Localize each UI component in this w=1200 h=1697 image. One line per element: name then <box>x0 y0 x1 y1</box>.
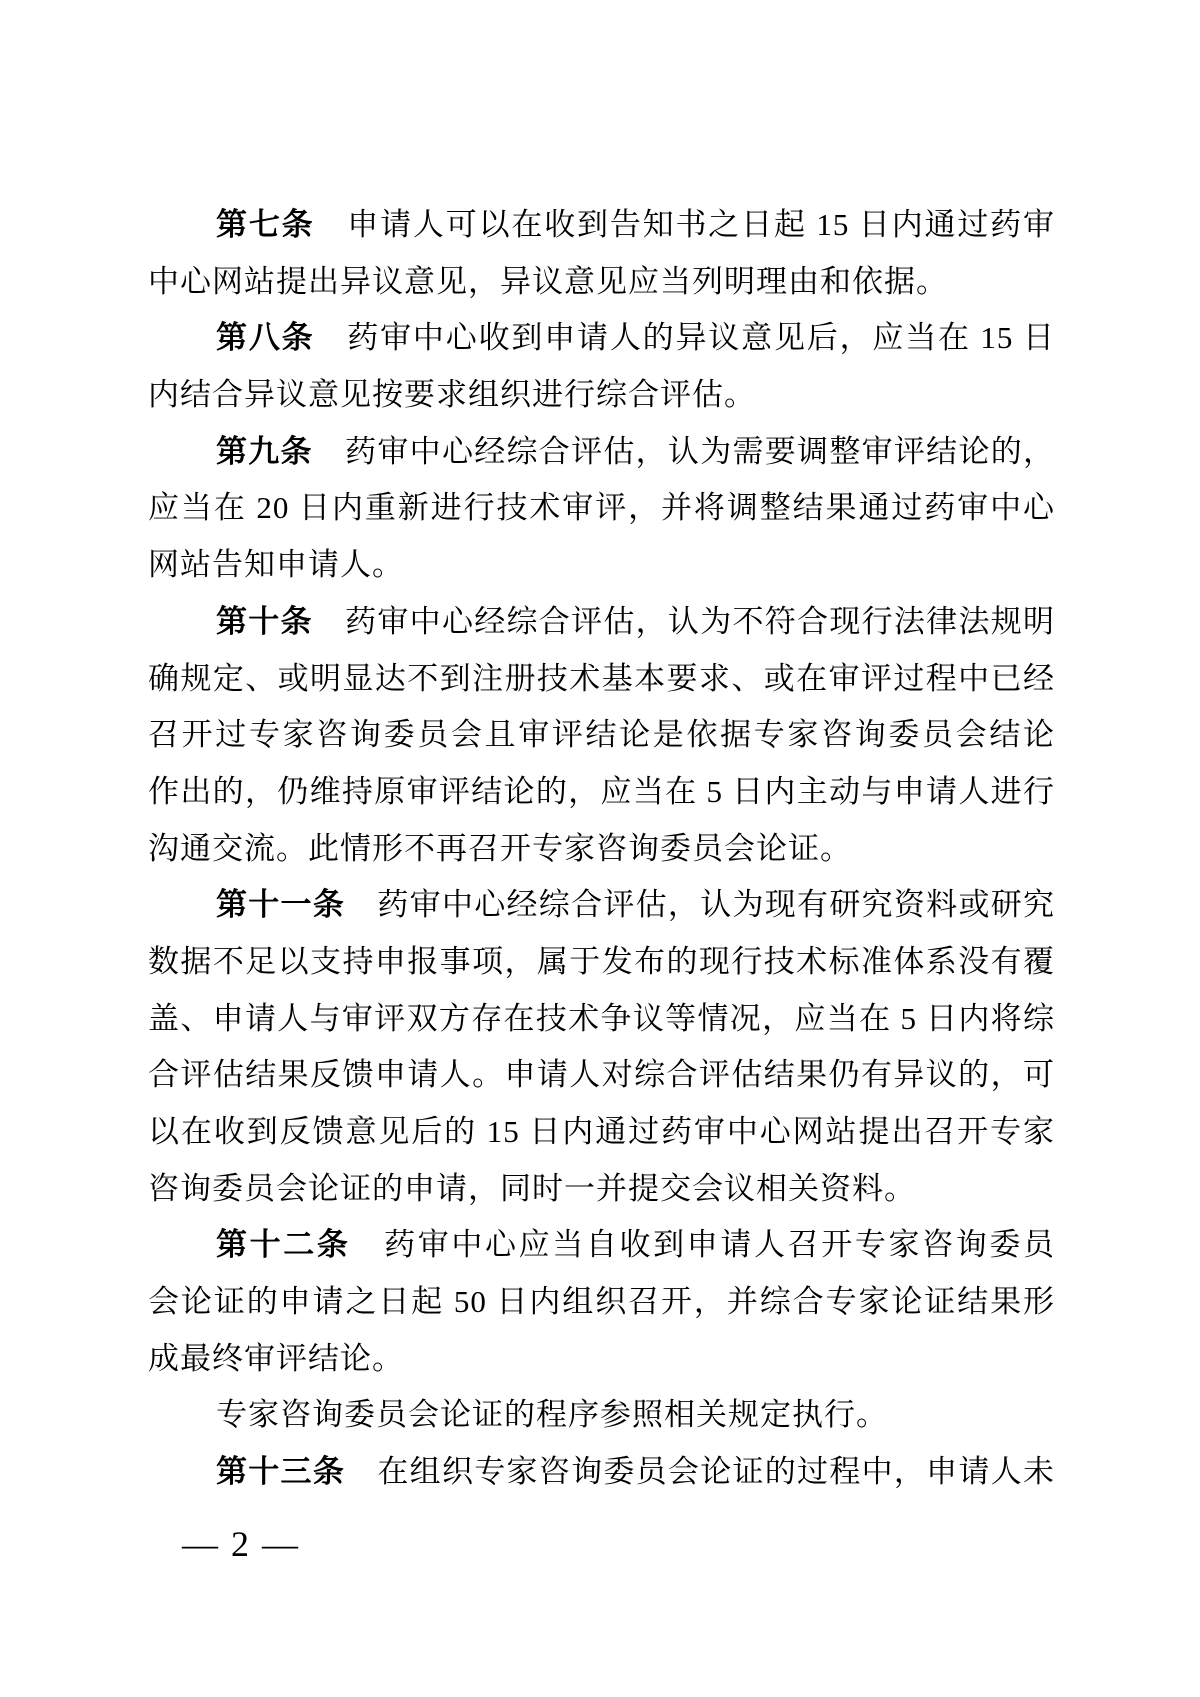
line-text: 沟通交流。此情形不再召开专家咨询委员会论证。 <box>148 831 852 866</box>
line-text: 药审中心经综合评估，认为需要调整审评结论的， <box>313 434 1055 469</box>
line-article-13-start: 第十三条 在组织专家咨询委员会论证的过程中，申请人未 <box>148 1444 1055 1501</box>
article-11-number: 第十一条 <box>216 887 345 922</box>
line-text: 成最终审评结论。 <box>148 1341 404 1376</box>
line-article-11-middle: 数据不足以支持申报事项，属于发布的现行技术标准体系没有覆 <box>148 934 1055 991</box>
line-text: 数据不足以支持申报事项，属于发布的现行技术标准体系没有覆 <box>148 944 1055 979</box>
line-text: 药审中心经综合评估，认为不符合现行法律法规明 <box>313 604 1055 639</box>
line-article-10-start: 第十条 药审中心经综合评估，认为不符合现行法律法规明 <box>148 594 1055 651</box>
line-article-7-start: 第七条 申请人可以在收到告知书之日起 15 日内通过药审 <box>148 197 1055 254</box>
line-text: 作出的，仍维持原审评结论的，应当在 5 日内主动与申请人进行 <box>148 774 1055 809</box>
line-text: 在组织专家咨询委员会论证的过程中，申请人未 <box>345 1454 1055 1489</box>
line-text: 药审中心收到申请人的异议意见后，应当在 15 日 <box>314 320 1055 355</box>
line-article-11-middle: 合评估结果反馈申请人。申请人对综合评估结果仍有异议的，可 <box>148 1047 1055 1104</box>
line-article-8-end: 内结合异议意见按要求组织进行综合评估。 <box>148 367 1055 424</box>
line-article-7-end: 中心网站提出异议意见，异议意见应当列明理由和依据。 <box>148 254 1055 311</box>
line-article-12-end: 成最终审评结论。 <box>148 1331 1055 1388</box>
line-text: 召开过专家咨询委员会且审评结论是依据专家咨询委员会结论 <box>148 717 1055 752</box>
line-text: 药审中心经综合评估，认为现有研究资料或研究 <box>345 887 1055 922</box>
line-article-10-middle: 作出的，仍维持原审评结论的，应当在 5 日内主动与申请人进行 <box>148 764 1055 821</box>
line-article-12-middle: 会论证的申请之日起 50 日内组织召开，并综合专家论证结果形 <box>148 1274 1055 1331</box>
line-article-10-middle: 召开过专家咨询委员会且审评结论是依据专家咨询委员会结论 <box>148 707 1055 764</box>
line-text: 药审中心应当自收到申请人召开专家咨询委员 <box>351 1227 1056 1262</box>
line-text: 盖、申请人与审评双方存在技术争议等情况，应当在 5 日内将综 <box>148 1001 1055 1036</box>
line-text: 内结合异议意见按要求组织进行综合评估。 <box>148 377 756 412</box>
line-article-10-middle: 确规定、或明显达不到注册技术基本要求、或在审评过程中已经 <box>148 651 1055 708</box>
line-article-12-paragraph-2: 专家咨询委员会论证的程序参照相关规定执行。 <box>148 1387 1055 1444</box>
line-text: 专家咨询委员会论证的程序参照相关规定执行。 <box>216 1397 888 1432</box>
line-article-11-start: 第十一条 药审中心经综合评估，认为现有研究资料或研究 <box>148 877 1055 934</box>
article-13-number: 第十三条 <box>216 1454 345 1489</box>
line-text: 应当在 20 日内重新进行技术审评，并将调整结果通过药审中心 <box>148 490 1055 525</box>
line-text: 确规定、或明显达不到注册技术基本要求、或在审评过程中已经 <box>148 661 1055 696</box>
line-text: 咨询委员会论证的申请，同时一并提交会议相关资料。 <box>148 1171 916 1206</box>
line-article-11-middle: 盖、申请人与审评双方存在技术争议等情况，应当在 5 日内将综 <box>148 991 1055 1048</box>
line-text: 申请人可以在收到告知书之日起 15 日内通过药审 <box>314 207 1055 242</box>
document-page: 第七条 申请人可以在收到告知书之日起 15 日内通过药审 中心网站提出异议意见，… <box>0 0 1200 1697</box>
line-article-9-middle: 应当在 20 日内重新进行技术审评，并将调整结果通过药审中心 <box>148 480 1055 537</box>
line-text: 网站告知申请人。 <box>148 547 404 582</box>
line-article-9-end: 网站告知申请人。 <box>148 537 1055 594</box>
line-text: 会论证的申请之日起 50 日内组织召开，并综合专家论证结果形 <box>148 1284 1055 1319</box>
line-article-8-start: 第八条 药审中心收到申请人的异议意见后，应当在 15 日 <box>148 310 1055 367</box>
page-number: — 2 — <box>182 1520 300 1568</box>
line-article-10-end: 沟通交流。此情形不再召开专家咨询委员会论证。 <box>148 821 1055 878</box>
line-text: 中心网站提出异议意见，异议意见应当列明理由和依据。 <box>148 264 948 299</box>
article-9-number: 第九条 <box>216 434 313 469</box>
article-12-number: 第十二条 <box>216 1227 351 1262</box>
line-article-11-middle: 以在收到反馈意见后的 15 日内通过药审中心网站提出召开专家 <box>148 1104 1055 1161</box>
line-article-12-start: 第十二条 药审中心应当自收到申请人召开专家咨询委员 <box>148 1217 1055 1274</box>
article-8-number: 第八条 <box>216 320 314 355</box>
article-7-number: 第七条 <box>216 207 314 242</box>
line-article-11-end: 咨询委员会论证的申请，同时一并提交会议相关资料。 <box>148 1161 1055 1218</box>
document-body: 第七条 申请人可以在收到告知书之日起 15 日内通过药审 中心网站提出异议意见，… <box>148 197 1055 1501</box>
line-text: 合评估结果反馈申请人。申请人对综合评估结果仍有异议的，可 <box>148 1057 1055 1092</box>
line-article-9-start: 第九条 药审中心经综合评估，认为需要调整审评结论的， <box>148 424 1055 481</box>
line-text: 以在收到反馈意见后的 15 日内通过药审中心网站提出召开专家 <box>148 1114 1055 1149</box>
article-10-number: 第十条 <box>216 604 313 639</box>
